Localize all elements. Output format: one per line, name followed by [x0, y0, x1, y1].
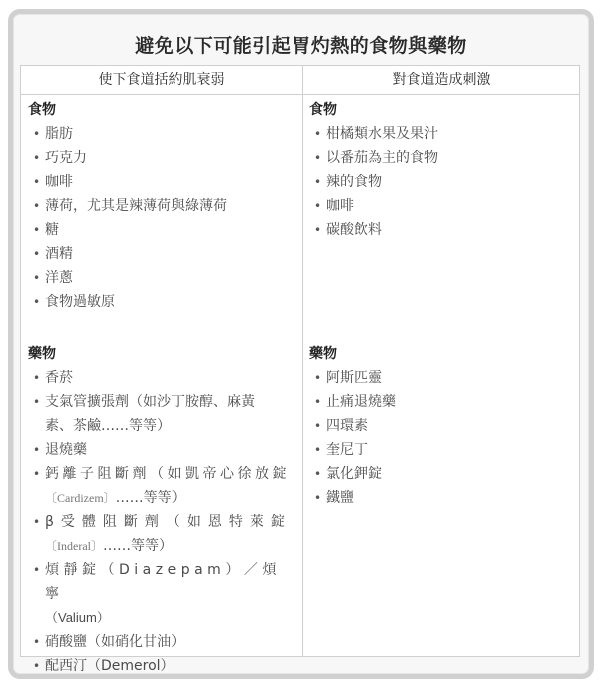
- bullet-icon: •: [33, 654, 40, 678]
- section-heading: 食物: [28, 98, 298, 122]
- list-item: •香菸: [28, 366, 298, 390]
- bullet-icon: •: [33, 630, 40, 654]
- drug-list: •香菸 •支氣管擴張劑（如沙丁胺醇、麻黃素、茶鹼……等等） •退燒藥 •鈣離子阻…: [28, 366, 298, 678]
- bullet-icon: •: [33, 462, 40, 486]
- bullet-icon: •: [314, 414, 321, 438]
- list-item: •β受體阻斷劑（如恩特萊錠〔Inderal〕……等等）: [28, 510, 298, 558]
- list-item: •以番茄為主的食物: [309, 146, 574, 170]
- bullet-icon: •: [314, 122, 321, 146]
- list-item: •配西汀（Demerol）: [28, 654, 298, 678]
- column-header-irritate-esophagus: 對食道造成刺激: [303, 66, 580, 94]
- list-item: •咖啡: [28, 170, 298, 194]
- list-item: •柑橘類水果及果汁: [309, 122, 574, 146]
- list-item: •洋蔥: [28, 266, 298, 290]
- list-item: •鈣離子阻斷劑（如凱帝心徐放錠〔Cardizem〕……等等）: [28, 462, 298, 510]
- bullet-icon: •: [33, 146, 40, 170]
- section-heading: 藥物: [28, 342, 298, 366]
- bullet-icon: •: [314, 194, 321, 218]
- section-drugs: 藥物 •香菸 •支氣管擴張劑（如沙丁胺醇、麻黃素、茶鹼……等等） •退燒藥 •鈣…: [28, 342, 298, 678]
- list-item: •支氣管擴張劑（如沙丁胺醇、麻黃素、茶鹼……等等）: [28, 390, 298, 438]
- list-item: •酒精: [28, 242, 298, 266]
- list-item: •食物過敏原: [28, 290, 298, 314]
- bullet-icon: •: [33, 122, 40, 146]
- bullet-icon: •: [33, 558, 40, 582]
- list-item: •奎尼丁: [309, 438, 574, 462]
- bullet-icon: •: [314, 438, 321, 462]
- section-heading: 食物: [309, 98, 574, 122]
- bullet-icon: •: [314, 146, 321, 170]
- bullet-icon: •: [33, 290, 40, 314]
- list-item: •硝酸鹽（如硝化甘油）: [28, 630, 298, 654]
- list-item: •巧克力: [28, 146, 298, 170]
- food-list: •脂肪 •巧克力 •咖啡 •薄荷，尤其是辣薄荷與綠薄荷 •糖 •酒精 •洋蔥 •…: [28, 122, 298, 314]
- list-item: •煩靜錠（Diazepam）／煩寧（Valium）: [28, 558, 298, 630]
- drug-list: •阿斯匹靈 •止痛退燒藥 •四環素 •奎尼丁 •氯化鉀錠 •鐵鹽: [309, 366, 574, 510]
- bullet-icon: •: [314, 218, 321, 242]
- bullet-icon: •: [33, 266, 40, 290]
- info-card-frame: 避免以下可能引起胃灼熱的食物與藥物 使下食道括約肌衰弱 對食道造成刺激 食物 •…: [8, 9, 594, 679]
- list-item: •脂肪: [28, 122, 298, 146]
- food-list: •柑橘類水果及果汁 •以番茄為主的食物 •辣的食物 •咖啡 •碳酸飲料: [309, 122, 574, 242]
- bullet-icon: •: [33, 366, 40, 390]
- column-divider: [302, 66, 303, 656]
- list-item: •鐵鹽: [309, 486, 574, 510]
- column-header-weaken-sphincter: 使下食道括約肌衰弱: [21, 66, 302, 94]
- bullet-icon: •: [33, 510, 40, 534]
- list-item: •糖: [28, 218, 298, 242]
- list-item: •退燒藥: [28, 438, 298, 462]
- list-item: •咖啡: [309, 194, 574, 218]
- list-item: •碳酸飲料: [309, 218, 574, 242]
- bullet-icon: •: [33, 218, 40, 242]
- bullet-icon: •: [33, 390, 40, 414]
- section-heading: 藥物: [309, 342, 574, 366]
- bullet-icon: •: [314, 366, 321, 390]
- bullet-icon: •: [314, 390, 321, 414]
- bullet-icon: •: [314, 486, 321, 510]
- list-item: •四環素: [309, 414, 574, 438]
- list-item: •辣的食物: [309, 170, 574, 194]
- list-item: •氯化鉀錠: [309, 462, 574, 486]
- section-foods: 食物 •柑橘類水果及果汁 •以番茄為主的食物 •辣的食物 •咖啡 •碳酸飲料: [309, 98, 574, 242]
- list-item: •阿斯匹靈: [309, 366, 574, 390]
- bullet-icon: •: [314, 170, 321, 194]
- list-item: •止痛退燒藥: [309, 390, 574, 414]
- list-item: •薄荷，尤其是辣薄荷與綠薄荷: [28, 194, 298, 218]
- table-header-row: 使下食道括約肌衰弱 對食道造成刺激: [21, 66, 579, 95]
- section-drugs: 藥物 •阿斯匹靈 •止痛退燒藥 •四環素 •奎尼丁 •氯化鉀錠 •鐵鹽: [309, 342, 574, 510]
- bullet-icon: •: [314, 462, 321, 486]
- comparison-table: 使下食道括約肌衰弱 對食道造成刺激 食物 •脂肪 •巧克力 •咖啡 •薄荷，尤其…: [20, 65, 580, 657]
- section-foods: 食物 •脂肪 •巧克力 •咖啡 •薄荷，尤其是辣薄荷與綠薄荷 •糖 •酒精 •洋…: [28, 98, 298, 314]
- bullet-icon: •: [33, 438, 40, 462]
- card-title: 避免以下可能引起胃灼熱的食物與藥物: [13, 31, 589, 58]
- bullet-icon: •: [33, 194, 40, 218]
- bullet-icon: •: [33, 170, 40, 194]
- bullet-icon: •: [33, 242, 40, 266]
